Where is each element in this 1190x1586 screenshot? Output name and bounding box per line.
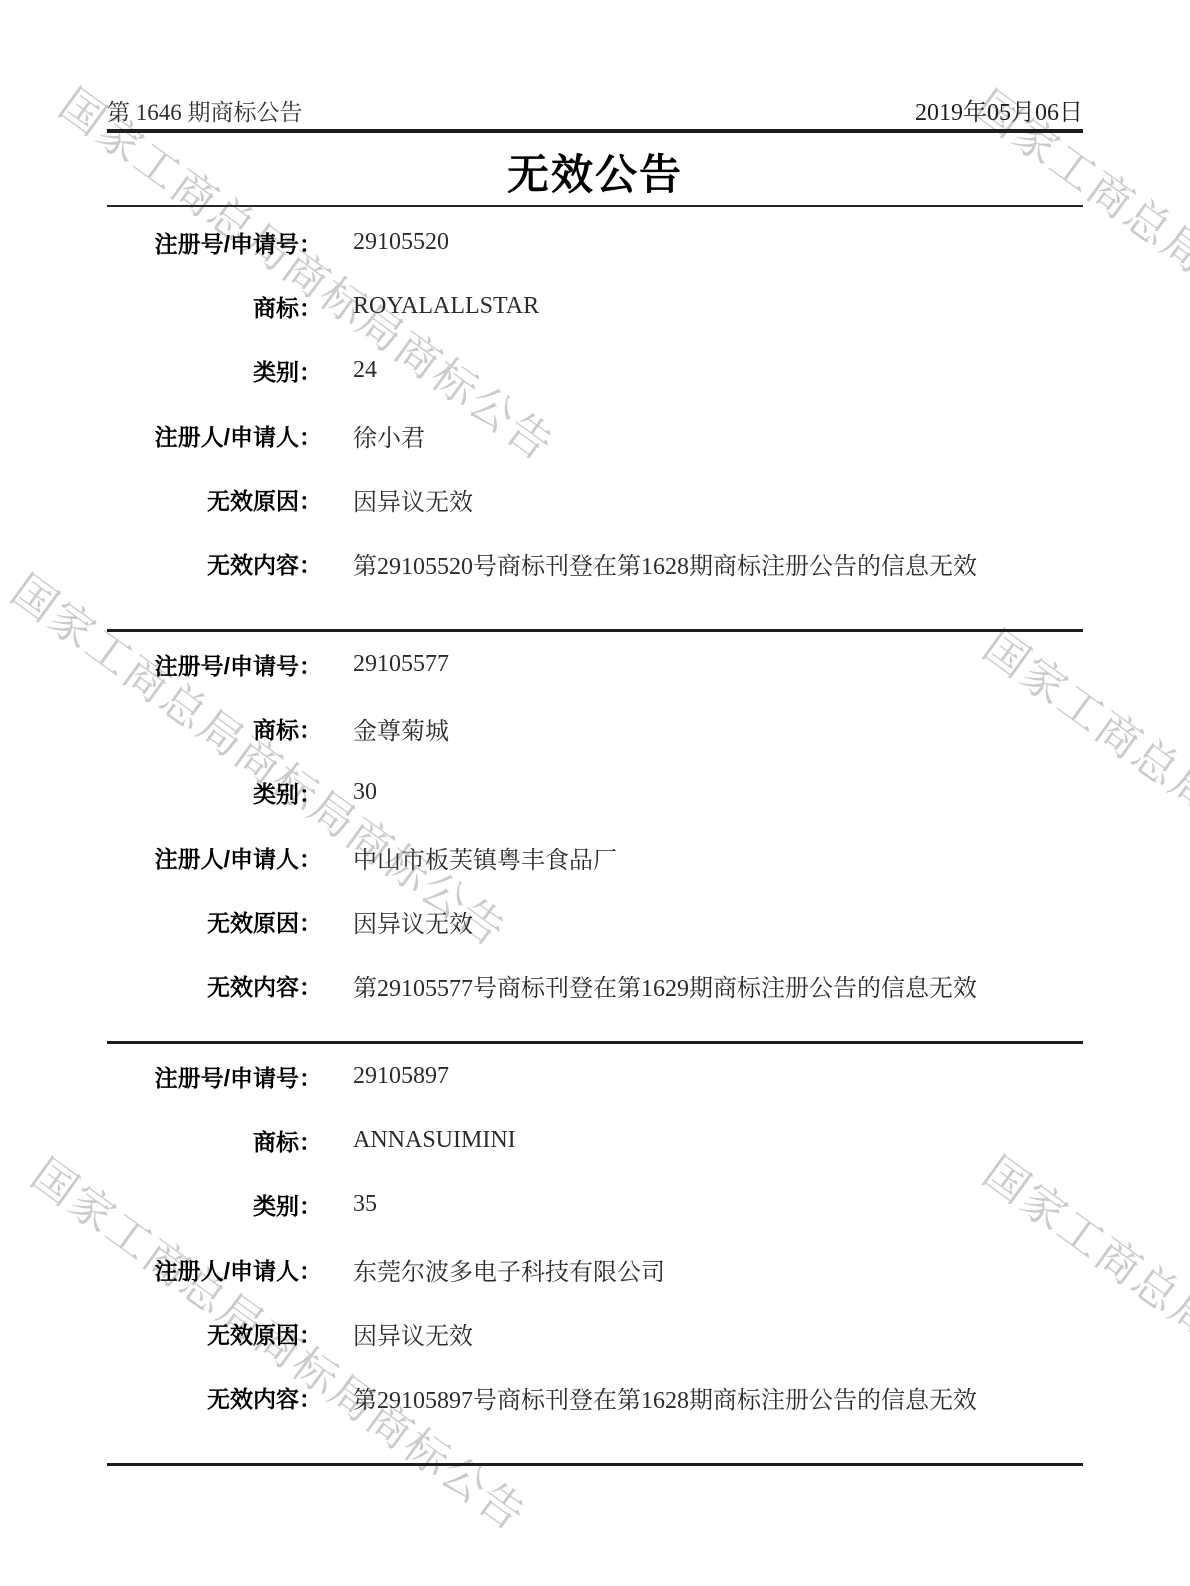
field-value: 29105897 bbox=[353, 1063, 449, 1090]
field-row-invalidation-content: 无效内容： 第29105897号商标刊登在第1628期商标注册公告的信息无效 bbox=[107, 1365, 1083, 1429]
field-value: 中山市板芙镇粤丰食品厂 bbox=[353, 840, 617, 875]
title-rule bbox=[107, 205, 1083, 207]
field-value: 徐小君 bbox=[353, 418, 425, 453]
field-row-invalidation-reason: 无效原因： 因异议无效 bbox=[107, 1301, 1083, 1365]
field-row-registrant: 注册人/申请人： 中山市板芙镇粤丰食品厂 bbox=[107, 825, 1083, 889]
field-value: 第29105520号商标刊登在第1628期商标注册公告的信息无效 bbox=[353, 546, 977, 581]
field-label: 注册人/申请人： bbox=[107, 1253, 322, 1286]
field-row-registration-number: 注册号/申请号： 29105520 bbox=[107, 210, 1083, 274]
field-value: 30 bbox=[353, 779, 377, 806]
field-row-invalidation-content: 无效内容： 第29105520号商标刊登在第1628期商标注册公告的信息无效 bbox=[107, 531, 1083, 595]
field-row-class: 类别： 30 bbox=[107, 761, 1083, 825]
field-value: 东莞尔波多电子科技有限公司 bbox=[353, 1252, 665, 1287]
field-label: 无效原因： bbox=[107, 483, 322, 516]
header-rule bbox=[107, 129, 1083, 133]
field-row-trademark: 商标： ANNASUIMINI bbox=[107, 1108, 1083, 1172]
field-value: ROYALALLSTAR bbox=[353, 293, 539, 320]
record-section: 注册号/申请号： 29105577 商标： 金尊菊城 类别： 30 注册人/申请… bbox=[107, 632, 1083, 1018]
field-value: 因异议无效 bbox=[353, 482, 473, 517]
field-row-class: 类别： 24 bbox=[107, 339, 1083, 403]
field-label: 无效内容： bbox=[107, 547, 322, 580]
field-label: 商标： bbox=[107, 290, 322, 323]
field-value: 因异议无效 bbox=[353, 1316, 473, 1351]
record-divider bbox=[107, 1463, 1083, 1466]
field-label: 注册号/申请号： bbox=[107, 648, 322, 681]
field-label: 无效原因： bbox=[107, 905, 322, 938]
field-label: 无效内容： bbox=[107, 1381, 322, 1414]
field-value: 24 bbox=[353, 357, 377, 384]
gazette-issue-label: 第 1646 期商标公告 bbox=[107, 94, 303, 127]
page-title: 无效公告 bbox=[107, 142, 1083, 202]
field-row-trademark: 商标： 金尊菊城 bbox=[107, 696, 1083, 760]
field-label: 商标： bbox=[107, 1124, 322, 1157]
field-value: 第29105897号商标刊登在第1628期商标注册公告的信息无效 bbox=[353, 1380, 977, 1415]
field-row-registration-number: 注册号/申请号： 29105897 bbox=[107, 1044, 1083, 1108]
field-value: ANNASUIMINI bbox=[353, 1127, 516, 1154]
field-row-registration-number: 注册号/申请号： 29105577 bbox=[107, 632, 1083, 696]
field-value: 因异议无效 bbox=[353, 904, 473, 939]
field-row-registrant: 注册人/申请人： 东莞尔波多电子科技有限公司 bbox=[107, 1237, 1083, 1301]
gazette-page: 国家工商总局商标局商标公告 国家工商总局商标局商标公告 国家工商总局商标局商标公… bbox=[0, 0, 1190, 1586]
field-label: 注册人/申请人： bbox=[107, 419, 322, 452]
gazette-date: 2019年05月06日 bbox=[915, 92, 1083, 127]
field-label: 类别： bbox=[107, 1188, 322, 1221]
field-row-invalidation-content: 无效内容： 第29105577号商标刊登在第1629期商标注册公告的信息无效 bbox=[107, 953, 1083, 1017]
field-label: 类别： bbox=[107, 354, 322, 387]
field-row-invalidation-reason: 无效原因： 因异议无效 bbox=[107, 889, 1083, 953]
field-value: 第29105577号商标刊登在第1629期商标注册公告的信息无效 bbox=[353, 968, 977, 1003]
field-label: 商标： bbox=[107, 712, 322, 745]
field-row-registrant: 注册人/申请人： 徐小君 bbox=[107, 403, 1083, 467]
field-label: 无效内容： bbox=[107, 969, 322, 1002]
record-section: 注册号/申请号： 29105897 商标： ANNASUIMINI 类别： 35… bbox=[107, 1044, 1083, 1430]
field-value: 29105577 bbox=[353, 651, 449, 678]
field-label: 无效原因： bbox=[107, 1317, 322, 1350]
content-layer: 第 1646 期商标公告 2019年05月06日 无效公告 注册号/申请号： 2… bbox=[0, 0, 1190, 1586]
page-header: 第 1646 期商标公告 2019年05月06日 bbox=[107, 92, 1083, 127]
field-label: 注册号/申请号： bbox=[107, 226, 322, 259]
record-section: 注册号/申请号： 29105520 商标： ROYALALLSTAR 类别： 2… bbox=[107, 210, 1083, 596]
field-row-invalidation-reason: 无效原因： 因异议无效 bbox=[107, 467, 1083, 531]
field-label: 注册人/申请人： bbox=[107, 841, 322, 874]
field-label: 类别： bbox=[107, 776, 322, 809]
field-value: 29105520 bbox=[353, 229, 449, 256]
field-value: 35 bbox=[353, 1191, 377, 1218]
field-value: 金尊菊城 bbox=[353, 711, 449, 746]
field-row-class: 类别： 35 bbox=[107, 1173, 1083, 1237]
field-row-trademark: 商标： ROYALALLSTAR bbox=[107, 274, 1083, 338]
field-label: 注册号/申请号： bbox=[107, 1060, 322, 1093]
